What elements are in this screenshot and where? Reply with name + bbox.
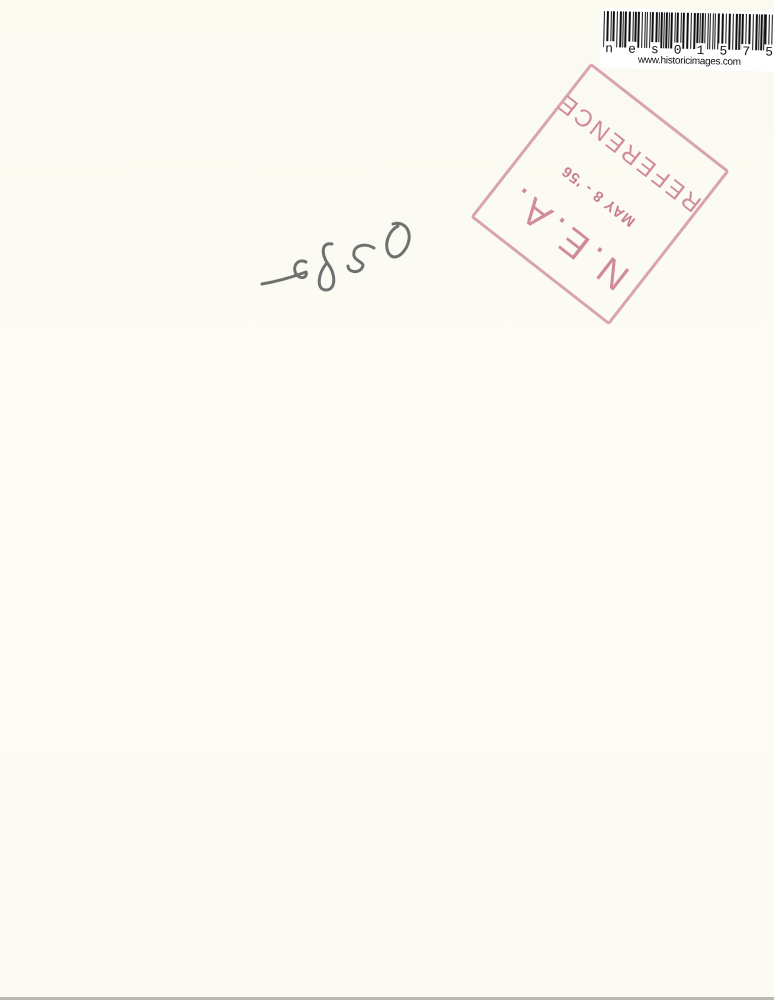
barcode-character: 5 — [764, 44, 774, 59]
barcode-character: e — [627, 42, 637, 57]
barcode-label: nes01575 www.historicimages.com — [600, 8, 774, 72]
handwritten-note — [256, 212, 416, 302]
barcode-character: n — [604, 41, 614, 56]
handwriting-strokes — [256, 212, 416, 302]
barcode-character: 7 — [741, 44, 751, 59]
website-url: www.historicimages.com — [638, 55, 741, 68]
